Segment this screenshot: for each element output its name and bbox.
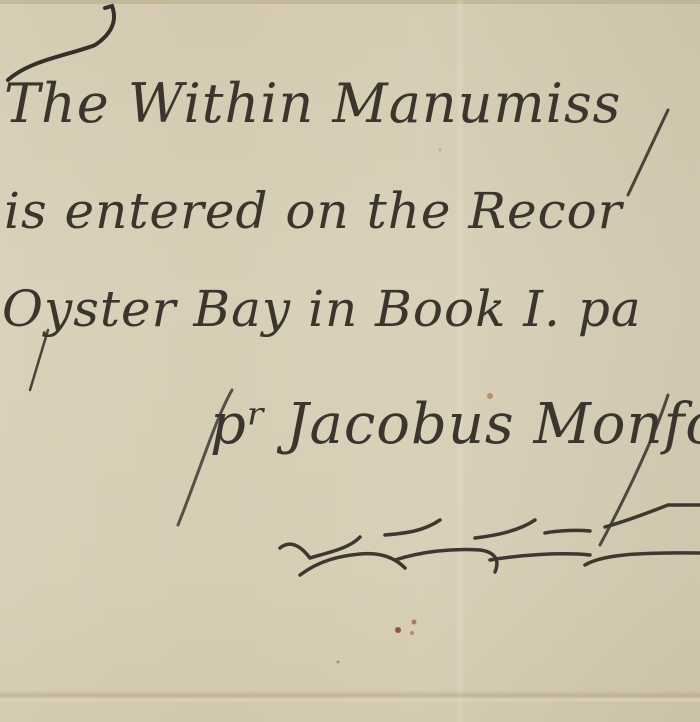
manuscript-line-1: The Within Manumiss xyxy=(4,72,621,135)
horizontal-fold-line xyxy=(0,690,700,702)
manuscript-line-3: Oyster Bay in Book I. pa xyxy=(2,280,642,338)
signature-line: pʳ Jacobus Monfo xyxy=(210,392,700,457)
manuscript-line-2: is entered on the Recor xyxy=(4,182,623,240)
paper-top-edge xyxy=(0,0,700,4)
